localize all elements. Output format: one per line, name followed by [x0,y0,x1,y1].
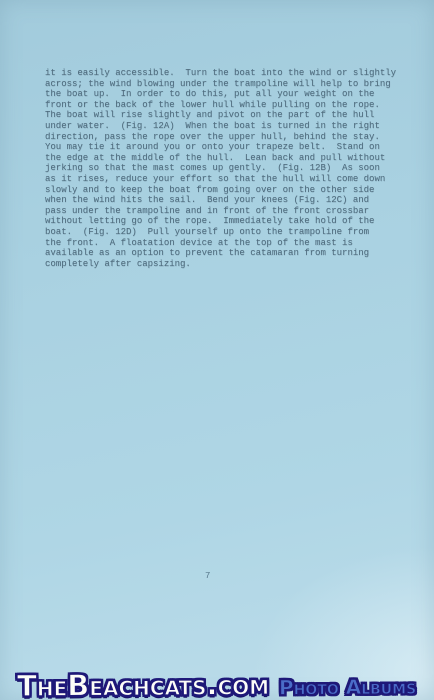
scanned-manual-page: it is easily accessible. Turn the boat i… [0,0,434,700]
page-number: 7 [205,571,210,581]
photo-albums-tagline: Photo Albums [279,672,416,700]
watermark-banner: TheBeachcats.com Photo Albums [0,662,434,700]
site-name-logo: TheBeachcats.com [17,667,269,700]
manual-body-text: it is easily accessible. Turn the boat i… [45,68,411,269]
